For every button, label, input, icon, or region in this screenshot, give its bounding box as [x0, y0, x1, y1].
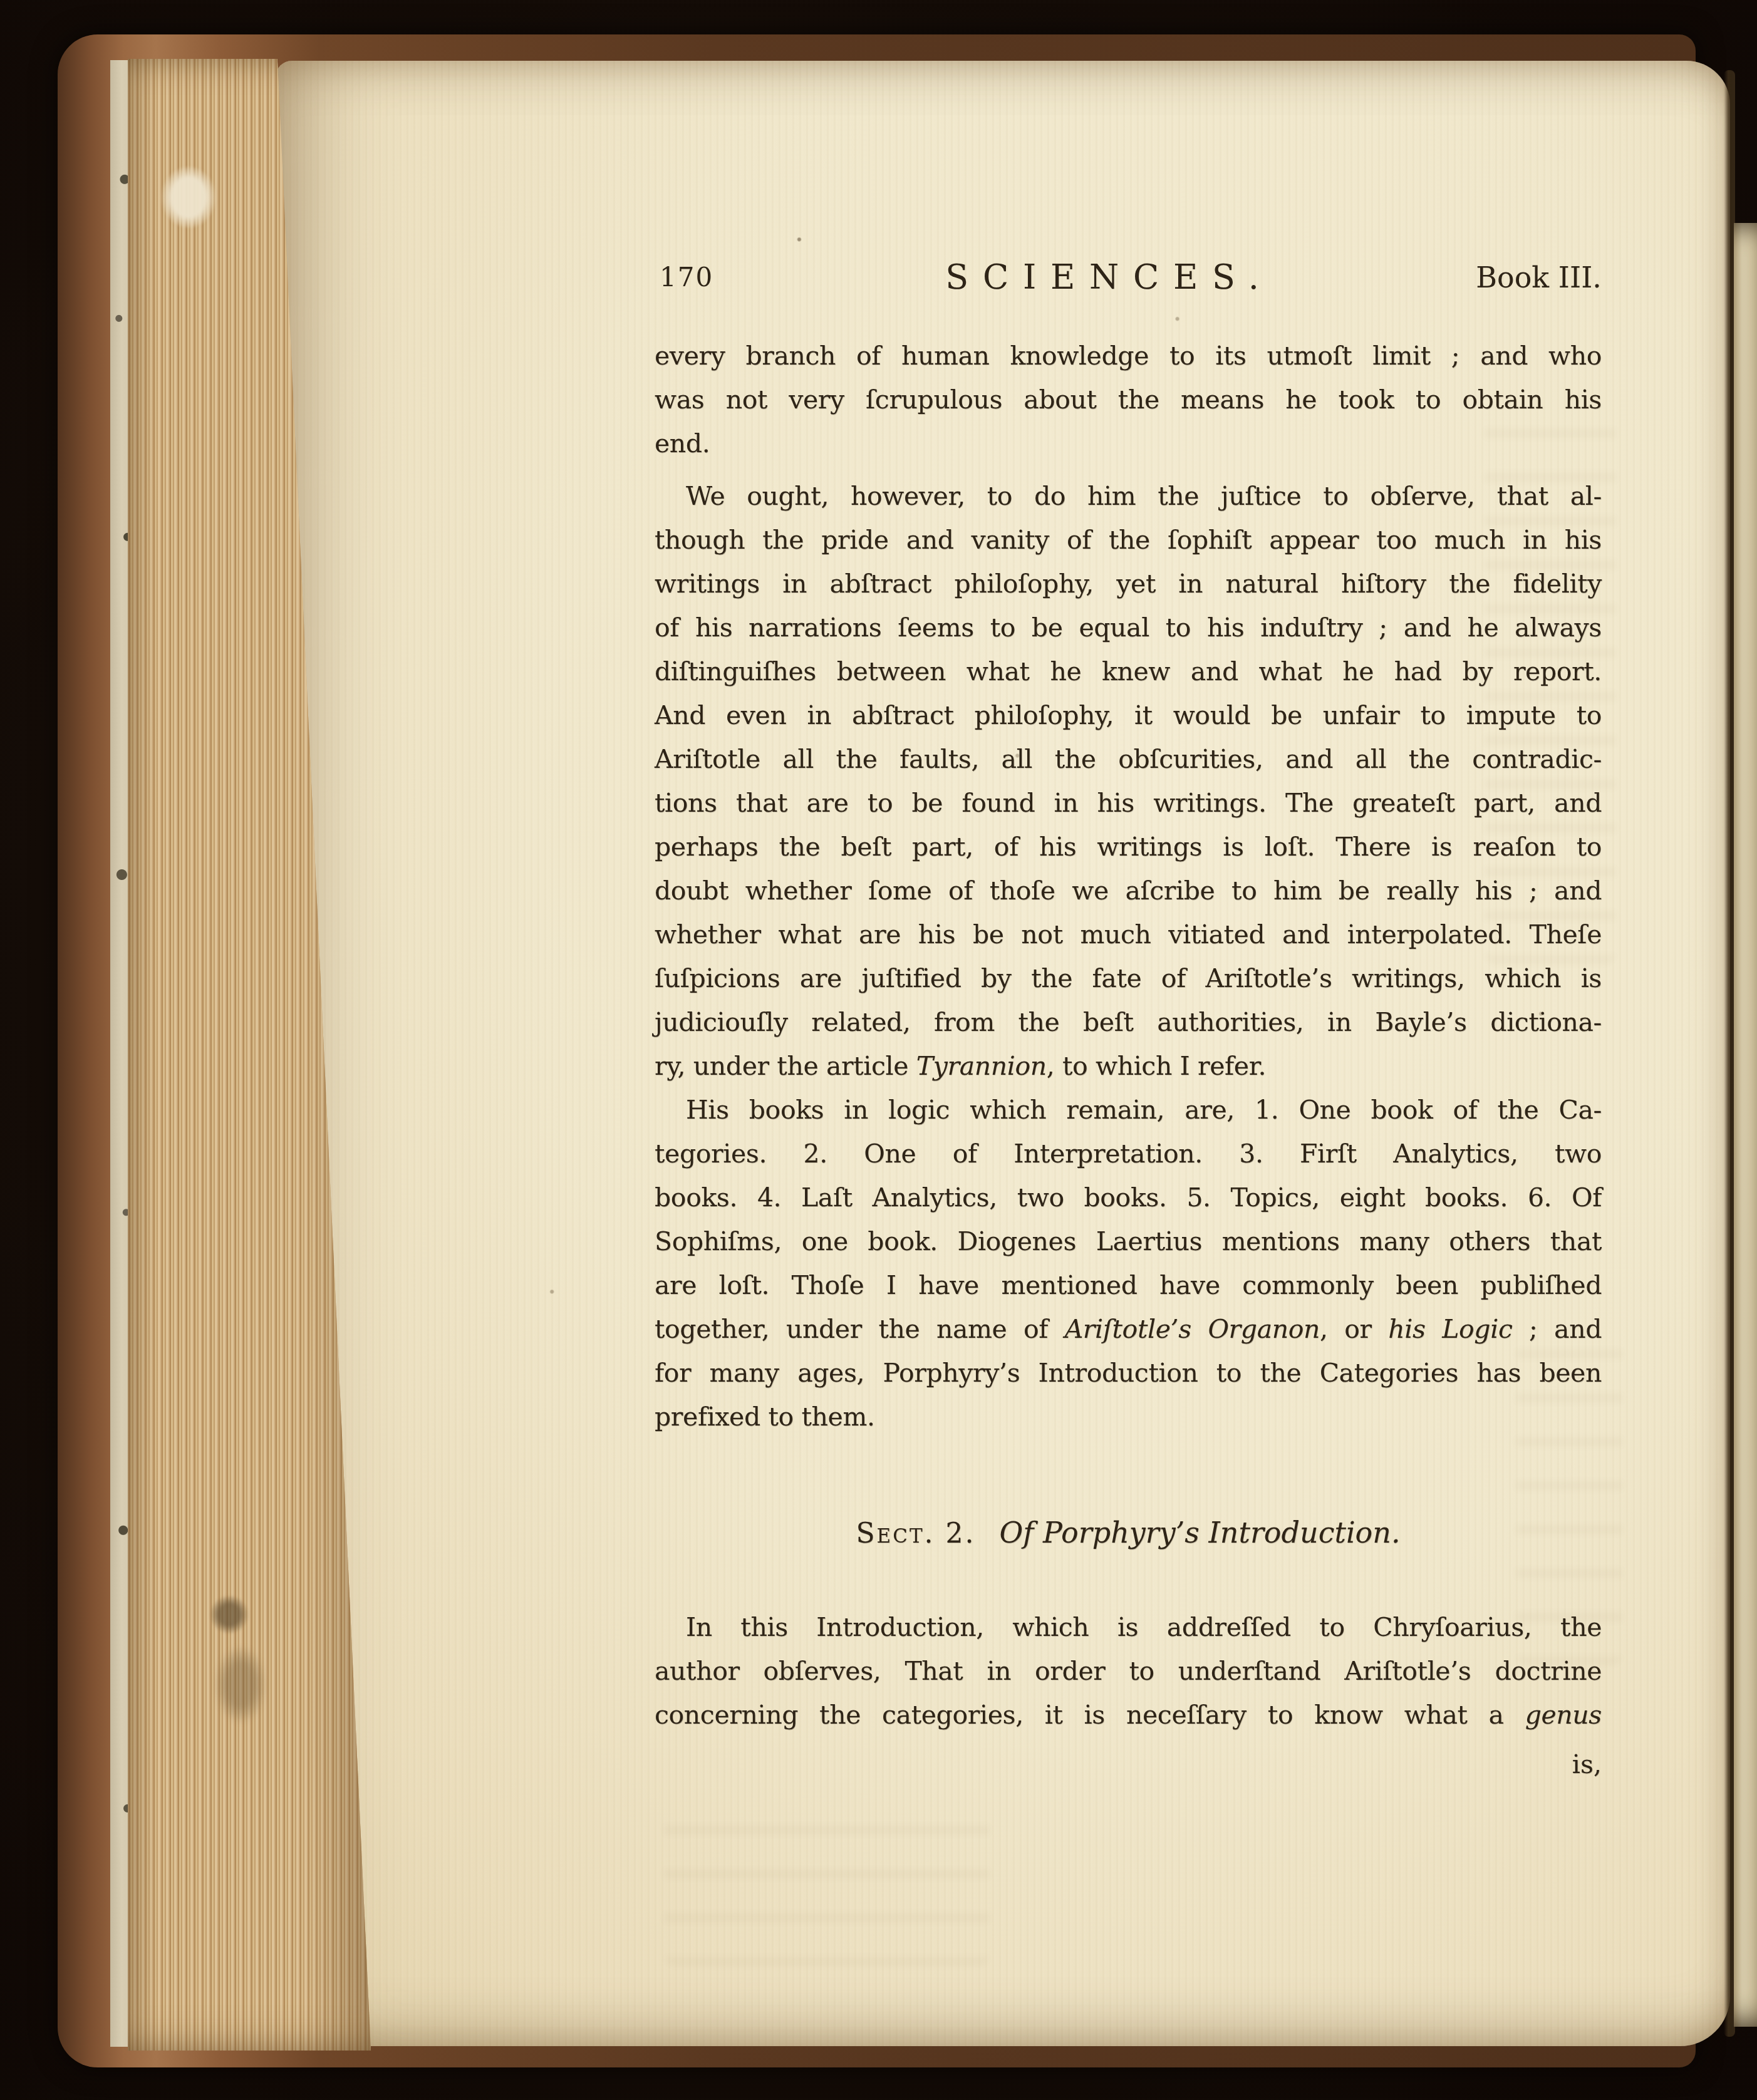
page-header: 170 SCIENCES. Book III. — [655, 256, 1602, 299]
text-segment: judiciouſly related, from the beſt autho… — [655, 1007, 1602, 1037]
text-segment: doubt whether ſome of thoſe we aſcribe t… — [655, 876, 1602, 906]
text-body: every branch of human knowledge to its u… — [655, 334, 1602, 1786]
text-line: doubt whether ſome of thoſe we aſcribe t… — [655, 869, 1602, 913]
text-line: though the pride and vanity of the ſophi… — [655, 518, 1602, 562]
text-line: Ariſtotle all the faults, all the obſcur… — [655, 737, 1602, 781]
italic-text: Tyrannion — [916, 1051, 1047, 1081]
text-segment: prefixed to them. — [655, 1402, 875, 1432]
text-line: ry, under the article Tyrannion, to whic… — [655, 1044, 1602, 1088]
smudge-mark — [215, 1647, 266, 1722]
text-segment: end. — [655, 428, 710, 458]
page-edge-blemish — [162, 167, 215, 228]
text-line: every branch of human knowledge to its u… — [655, 334, 1602, 378]
italic-text: genus — [1525, 1700, 1602, 1730]
book-label: Book III. — [1476, 256, 1602, 299]
text-line: books. 4. Laſt Analytics, two books. 5. … — [655, 1176, 1602, 1219]
paragraph: We ought, however, to do him the juſtice… — [655, 474, 1602, 1088]
text-segment: ſuſpicions are juſtified by the fate of … — [655, 963, 1602, 993]
text-segment: diſtinguiſhes between what he knew and w… — [655, 656, 1602, 686]
text-line: are loſt. Thoſe I have mentioned have co… — [655, 1263, 1602, 1307]
text-segment: ; and — [1513, 1314, 1602, 1344]
text-segment: , or — [1320, 1314, 1388, 1344]
smudge-mark — [210, 1596, 248, 1633]
text-segment: perhaps the beſt part, of his writings i… — [655, 832, 1602, 862]
text-line: for many ages, Porphyry’s Introduction t… — [655, 1351, 1602, 1395]
catchword: is, — [1572, 1749, 1602, 1779]
italic-text: his Logic — [1388, 1314, 1512, 1344]
text-line: In this Introduction, which is addreſſed… — [655, 1605, 1602, 1649]
text-segment: In this Introduction, which is addreſſed… — [686, 1612, 1602, 1642]
text-line: tegories. 2. One of Interpretation. 3. F… — [655, 1132, 1602, 1176]
text-line: Sophiſms, one book. Diogenes Laertius me… — [655, 1219, 1602, 1263]
text-segment: of his narrations ſeems to be equal to h… — [655, 613, 1602, 643]
text-line: whether what are his be not much vitiate… — [655, 913, 1602, 956]
text-segment: , to which I refer. — [1047, 1051, 1266, 1081]
text-segment: for many ages, Porphyry’s Introduction t… — [655, 1358, 1602, 1388]
text-segment: books. 4. Laſt Analytics, two books. 5. … — [655, 1182, 1602, 1213]
text-line: of his narrations ſeems to be equal to h… — [655, 606, 1602, 649]
text-segment: though the pride and vanity of the ſophi… — [655, 525, 1602, 555]
text-line: diſtinguiſhes between what he knew and w… — [655, 649, 1602, 693]
section-title: Of Porphyry’s Introduction. — [1000, 1516, 1401, 1549]
text-line: His books in logic which remain, are, 1.… — [655, 1088, 1602, 1132]
printed-page-content: 170 SCIENCES. Book III. every branch of … — [655, 0, 1602, 2100]
text-segment: author obſerves, That in order to underſ… — [655, 1656, 1602, 1686]
text-segment: tegories. 2. One of Interpretation. 3. F… — [655, 1139, 1602, 1169]
text-segment: And even in abſtract philoſophy, it woul… — [655, 700, 1602, 730]
section-heading: Sect. 2.Of Porphyry’s Introduction. — [655, 1511, 1602, 1554]
section-label: Sect. 2. — [856, 1518, 975, 1549]
text-line: perhaps the beſt part, of his writings i… — [655, 825, 1602, 869]
text-line: end. — [655, 422, 1602, 465]
text-segment: together, under the name of — [655, 1314, 1065, 1344]
text-line: author obſerves, That in order to underſ… — [655, 1649, 1602, 1693]
text-segment: ry, under the article — [655, 1051, 916, 1081]
text-line: We ought, however, to do him the juſtice… — [655, 474, 1602, 518]
fore-edge-sliver — [1734, 223, 1757, 2027]
text-segment: was not very ſcrupulous about the means … — [655, 385, 1602, 415]
text-line: was not very ſcrupulous about the means … — [655, 378, 1602, 422]
text-segment: Ariſtotle all the faults, all the obſcur… — [655, 744, 1602, 774]
text-segment: are loſt. Thoſe I have mentioned have co… — [655, 1270, 1602, 1300]
text-segment: His books in logic which remain, are, 1.… — [686, 1095, 1602, 1125]
running-title: SCIENCES. — [655, 256, 1564, 299]
text-line: concerning the categories, it is neceſſa… — [655, 1693, 1602, 1737]
italic-text: Ariſtotle’s Organon — [1065, 1314, 1320, 1344]
catchword-line: is, — [655, 1742, 1602, 1786]
text-segment: every branch of human knowledge to its u… — [655, 341, 1602, 371]
paragraph: every branch of human knowledge to its u… — [655, 334, 1602, 465]
book-scan: { "header": { "page_number": "170", "tit… — [0, 0, 1757, 2100]
text-segment: Sophiſms, one book. Diogenes Laertius me… — [655, 1226, 1602, 1256]
text-line: ſuſpicions are juſtified by the fate of … — [655, 956, 1602, 1000]
paragraph-block: every branch of human knowledge to its u… — [655, 334, 1602, 1439]
text-segment: We ought, however, to do him the juſtice… — [686, 481, 1602, 511]
paragraph: In this Introduction, which is addreſſed… — [655, 1605, 1602, 1737]
text-line: judiciouſly related, from the beſt autho… — [655, 1000, 1602, 1044]
text-segment: concerning the categories, it is neceſſa… — [655, 1700, 1525, 1730]
text-segment: whether what are his be not much vitiate… — [655, 919, 1602, 949]
text-line: together, under the name of Ariſtotle’s … — [655, 1307, 1602, 1351]
paragraph: His books in logic which remain, are, 1.… — [655, 1088, 1602, 1439]
text-line: prefixed to them. — [655, 1395, 1602, 1439]
text-segment: tions that are to be found in his writin… — [655, 788, 1602, 818]
text-segment: writings in abſtract philoſophy, yet in … — [655, 569, 1602, 599]
paragraph-block: In this Introduction, which is addreſſed… — [655, 1605, 1602, 1737]
text-line: tions that are to be found in his writin… — [655, 781, 1602, 825]
text-line: writings in abſtract philoſophy, yet in … — [655, 562, 1602, 606]
text-line: And even in abſtract philoſophy, it woul… — [655, 693, 1602, 737]
